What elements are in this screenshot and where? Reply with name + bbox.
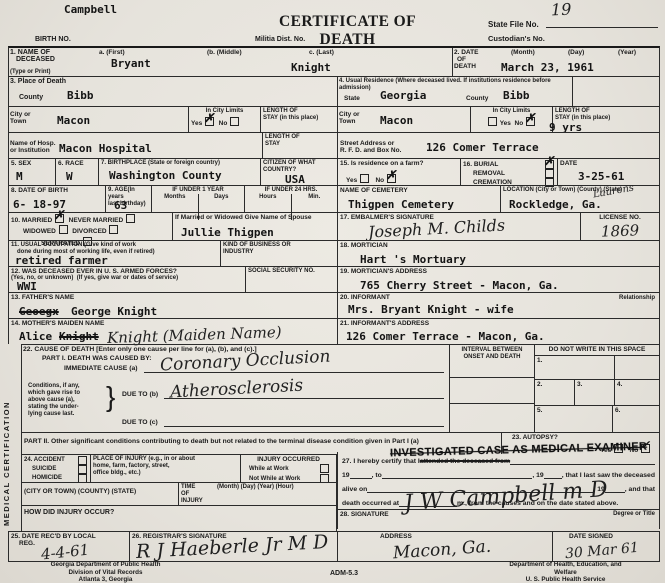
city2-cell: City or Town Macon bbox=[338, 107, 471, 132]
sex-cell: 5. SEX M bbox=[9, 159, 56, 185]
burial-date-value: 3-25-61 bbox=[578, 171, 624, 182]
conditions-label-3: above cause (a), bbox=[28, 397, 75, 404]
birthplace-value: Washington County bbox=[109, 170, 222, 181]
row-how-injury: HOW DID INJURY OCCUR? bbox=[21, 505, 337, 531]
first-name-label: a. (First) bbox=[99, 49, 125, 56]
relationship-label: Relationship bbox=[619, 295, 655, 302]
suicide-checkbox bbox=[78, 465, 87, 474]
ssn-cell: SOCIAL SECURITY NO. bbox=[246, 267, 338, 292]
how-injury-cell: HOW DID INJURY OCCUR? bbox=[22, 506, 336, 531]
dnw-box-6: 6. bbox=[613, 406, 659, 432]
city-label-2: Town bbox=[10, 118, 27, 125]
footer-georgia-agency: Georgia Department of Public Health Divi… bbox=[28, 561, 183, 583]
conditions-label-5: lying cause last. bbox=[28, 411, 74, 418]
marital-status-cell: 10. MARRIED ✗ NEVER MARRIED WIDOWED DIVO… bbox=[9, 213, 173, 240]
accident-cell: 24. ACCIDENT SUICIDE HOMICIDE bbox=[22, 455, 91, 482]
cemetery-location-cell: LOCATION (City or Town) (County) (State)… bbox=[501, 186, 659, 212]
type-or-print-label: (Type or Print) bbox=[10, 69, 51, 76]
informant-label: 20. INFORMANT bbox=[340, 294, 657, 301]
homicide-label: HOMICIDE bbox=[32, 475, 62, 482]
place-of-injury-label-3: office bldg., etc.) bbox=[93, 470, 238, 477]
informant-address-label: 21. INFORMANT'S ADDRESS bbox=[340, 320, 657, 327]
icl2-yes-checkbox bbox=[488, 117, 497, 126]
ssn-label: SOCIAL SECURITY NO. bbox=[248, 268, 335, 275]
hospital-cell: Name of Hosp. or Institution Macon Hospi… bbox=[9, 133, 263, 158]
middle-name-label: (b. (Middle) bbox=[207, 49, 242, 56]
footer-federal-line-1: Department of Health, Education, and bbox=[468, 561, 663, 569]
icl-no-checkbox bbox=[230, 117, 239, 126]
in-city-limits2-cell: In City Limits Yes No ✗ bbox=[471, 107, 553, 132]
time-label-3: INJURY bbox=[181, 498, 203, 505]
informant-address-value: 126 Comer Terrace - Macon, Ga. bbox=[346, 331, 545, 342]
mortician-address-value: 765 Cherry Street - Macon, Ga. bbox=[360, 280, 559, 291]
interval-divider-2 bbox=[450, 403, 534, 404]
license-cell: LICENSE NO. 1869 bbox=[581, 213, 659, 240]
farm-options: Yes No ✗ bbox=[346, 174, 397, 184]
burial-date-cell: DATE 3-25-61 bbox=[558, 159, 659, 185]
injury-occurred-cell: INJURY OCCURRED While at Work Not While … bbox=[241, 455, 336, 482]
certify-blank-1 bbox=[510, 456, 655, 465]
footer-federal-line-3: U. S. Public Health Service bbox=[468, 576, 663, 583]
usual-residence-cell: 4. Usual Residence (Where deceased lived… bbox=[338, 77, 573, 106]
dnw-box-2: 2. bbox=[535, 380, 575, 405]
armed-forces-label: 12. WAS DECEASED EVER IN U. S. ARMED FOR… bbox=[11, 268, 243, 275]
city2-value: Macon bbox=[380, 115, 413, 126]
mother-name-cell: 14. MOTHER'S MAIDEN NAME Alice Knight Kn… bbox=[9, 319, 338, 344]
dnw-box-1: 1. bbox=[535, 356, 615, 379]
time-columns-label: (Month) (Day) (Year) (Hour) bbox=[217, 484, 294, 491]
informant-address-cell: 21. INFORMANT'S ADDRESS 126 Comer Terrac… bbox=[338, 319, 659, 344]
cause-c-line bbox=[164, 418, 444, 427]
signature-label: 28. SIGNATURE bbox=[340, 511, 389, 518]
dob-label: 8. DATE OF BIRTH bbox=[11, 187, 103, 194]
street-address-cell: Street Address or R. F. D. and Box No. 1… bbox=[338, 133, 659, 158]
age-value: 63 bbox=[114, 200, 127, 211]
dnw-row-1: 1. bbox=[535, 355, 659, 379]
certificate-form: 1. NAME OF DECEASED (Type or Print) a. (… bbox=[8, 46, 660, 562]
custodian-no-label: Custodian's No. bbox=[488, 35, 545, 44]
name-label-2: DECEASED bbox=[16, 56, 55, 64]
certify-text: 27. I hereby certify that I bbox=[342, 458, 420, 465]
usual-residence-label: 4. Usual Residence (Where deceased lived… bbox=[339, 78, 569, 92]
name-of-deceased-cell: 1. NAME OF DECEASED (Type or Print) a. (… bbox=[9, 48, 453, 76]
cause-of-death-cell: 22. CAUSE OF DEATH [Enter only one cause… bbox=[22, 345, 450, 432]
date-of-death-value: March 23, 1961 bbox=[501, 62, 594, 73]
city-value: Macon bbox=[57, 115, 90, 126]
row-cause-of-death: 22. CAUSE OF DEATH [Enter only one cause… bbox=[21, 344, 660, 432]
county2-label: County bbox=[466, 95, 488, 102]
date-signed-label: DATE SIGNED bbox=[555, 533, 657, 540]
do-not-write-label: DO NOT WRITE IN THIS SPACE bbox=[535, 345, 659, 353]
conditions-label-1: Conditions, if any, bbox=[28, 383, 80, 390]
form-number: ADM-5.3 bbox=[330, 570, 358, 577]
county-label: County bbox=[19, 94, 43, 102]
row-hospital: Name of Hosp. or Institution Macon Hospi… bbox=[8, 132, 660, 158]
length-of-stay2-cell: LENGTH OF STAY (in this place) 9 yrs bbox=[553, 107, 659, 132]
row-place-residence: 3. Place of Death County Bibb 4. Usual R… bbox=[8, 76, 660, 106]
business-label-1: KIND OF BUSINESS OR bbox=[223, 242, 335, 249]
farm-yes-checkbox bbox=[360, 174, 369, 183]
citizen-label-1: CITIZEN OF WHAT bbox=[263, 160, 335, 167]
armed-forces-value: WWI bbox=[17, 281, 37, 292]
icl2-options: Yes No ✗ bbox=[473, 117, 550, 127]
icl2-no-label: No bbox=[515, 120, 524, 127]
birth-no-label: BIRTH NO. bbox=[35, 36, 71, 44]
state-file-blank bbox=[546, 19, 658, 28]
armed-forces-sub2: (If yes, give war or dates of service) bbox=[77, 275, 178, 281]
icl-options: Yes ✗ No bbox=[191, 117, 258, 127]
injury-city-state-cell: (CITY OR TOWN) (COUNTY) (STATE) bbox=[22, 483, 179, 505]
date-received-label-1: 25. DATE REC'D BY LOCAL bbox=[11, 533, 127, 540]
injury-city-state-label: (CITY OR TOWN) (COUNTY) (STATE) bbox=[24, 488, 176, 495]
interval-label-1: INTERVAL BETWEEN bbox=[450, 345, 534, 354]
sex-value: M bbox=[16, 171, 23, 182]
farm-label: 15. Is residence on a farm? bbox=[340, 160, 458, 167]
under-24-label: IF UNDER 24 HRS. bbox=[245, 186, 337, 194]
interval-cell: INTERVAL BETWEEN ONSET AND DEATH bbox=[450, 345, 535, 432]
certify-19a: 19 bbox=[342, 472, 350, 479]
armed-forces-cell: 12. WAS DECEASED EVER IN U. S. ARMED FOR… bbox=[9, 267, 246, 292]
father-name-cell: 13. FATHER'S NAME Geoegx George Knight bbox=[9, 293, 338, 318]
burial-cell: 16. BURIAL ✗ REMOVAL CREMATION bbox=[461, 159, 558, 185]
date-signed-cell: DATE SIGNED 30 Mar 61 bbox=[553, 532, 659, 561]
hosp-los-label-1: LENGTH OF bbox=[265, 134, 335, 141]
mortician-label: 18. MORTICIAN bbox=[340, 242, 657, 249]
icl2-no-checkbox: ✗ bbox=[526, 117, 535, 126]
street-address-value: 126 Comer Terrace bbox=[426, 142, 539, 153]
hosp-los-label-2: STAY bbox=[265, 141, 335, 148]
hosp-length-of-stay-cell: LENGTH OF STAY bbox=[263, 133, 338, 158]
farm-cell: 15. Is residence on a farm? Yes No ✗ bbox=[338, 159, 461, 185]
burial-checkbox: ✗ bbox=[545, 160, 554, 169]
armed-forces-sublabels: (Yes, no, or unknown) (If yes, give war … bbox=[11, 275, 243, 282]
certify-struck-text: attended the deceased from bbox=[420, 458, 510, 465]
icl-yes-checkbox: ✗ bbox=[205, 117, 214, 126]
father-label: 13. FATHER'S NAME bbox=[11, 294, 335, 301]
part1-label: PART I. DEATH WAS CAUSED BY: bbox=[42, 355, 152, 363]
burial-line: 16. BURIAL ✗ bbox=[463, 160, 555, 169]
x-mark-icon: ✗ bbox=[544, 155, 554, 167]
while-at-work-line: While at Work bbox=[243, 463, 334, 473]
row-father-informant: 13. FATHER'S NAME Geoegx George Knight 2… bbox=[8, 292, 660, 318]
dnw-box-3: 3. bbox=[575, 380, 615, 405]
conditions-label-2: which gave rise to bbox=[28, 390, 80, 397]
row-marital-embalmer: 10. MARRIED ✗ NEVER MARRIED WIDOWED DIVO… bbox=[8, 212, 660, 240]
married-label: 10. MARRIED bbox=[11, 217, 52, 224]
state-file-label: State File No. bbox=[488, 20, 539, 29]
informant-value: Mrs. Bryant Knight - wife bbox=[348, 304, 514, 315]
spouse-value: Jullie Thigpen bbox=[181, 227, 274, 238]
removal-label: REMOVAL bbox=[473, 170, 505, 177]
occupation-label-1: 11. USUAL OCCUPATION (Give kind of work bbox=[11, 242, 218, 249]
embalmer-signature-cell: 17. EMBALMER'S SIGNATURE Joseph M. Child… bbox=[338, 213, 581, 240]
marital-line-1: 10. MARRIED ✗ NEVER MARRIED bbox=[11, 214, 170, 224]
under-1-year-cell: IF UNDER 1 YEAR Months Days bbox=[152, 186, 245, 212]
never-married-checkbox bbox=[126, 214, 135, 223]
death-certificate-scan: { "paper_color": "#e7e4de", "ink_color":… bbox=[0, 0, 665, 583]
date-of-death-label-3: DEATH bbox=[454, 63, 476, 70]
certify-to: , to bbox=[372, 472, 382, 479]
hospital-value: Macon Hospital bbox=[59, 143, 152, 154]
spouse-label: If Married or Widowed Give Name of Spous… bbox=[175, 214, 335, 221]
footer-federal-line-2: Welfare bbox=[468, 569, 663, 577]
last-name-label: c. (Last) bbox=[309, 49, 334, 56]
footer-georgia-line-3: Atlanta 3, Georgia bbox=[28, 576, 183, 583]
mother-first-value: Alice bbox=[19, 331, 52, 342]
city2-label-2: Town bbox=[339, 118, 356, 125]
do-not-write-grid: 1. 2. 3. 4. 5. 6. bbox=[535, 355, 659, 432]
time-label-2: OF bbox=[181, 491, 189, 498]
suicide-line: SUICIDE bbox=[24, 465, 88, 474]
cemetery-value: Thigpen Cemetery bbox=[348, 199, 454, 210]
place-of-death-label: 3. Place of Death bbox=[10, 78, 66, 86]
while-at-work-label: While at Work bbox=[249, 466, 289, 473]
certify-block: INVESTIGATED CASE AS MEDICAL EXAMINER 27… bbox=[337, 452, 660, 529]
date-received-value: 4-4-61 bbox=[40, 543, 90, 563]
date-signed-value: 30 Mar 61 bbox=[565, 541, 640, 561]
father-name-value: George Knight bbox=[71, 306, 157, 317]
married-checkbox: ✗ bbox=[55, 214, 64, 223]
birthplace-cell: 7. BIRTHPLACE (State or foreign country)… bbox=[99, 159, 261, 185]
row-sex-race-birthplace: 5. SEX M 6. RACE W 7. BIRTHPLACE (State … bbox=[8, 158, 660, 185]
street-label-2: R. F. D. and Box No. bbox=[340, 147, 401, 154]
age-cell: 9. AGE(In years last birthday) 63 bbox=[106, 186, 152, 212]
dnw-row-2: 2. 3. 4. bbox=[535, 379, 659, 405]
city-cell: City or Town Macon bbox=[9, 107, 189, 132]
divorced-checkbox bbox=[109, 225, 118, 234]
place-of-injury-label-1: PLACE OF INJURY (e.g., in or about bbox=[93, 456, 238, 463]
time-label-1: TIME bbox=[181, 484, 195, 491]
accident-line: 24. ACCIDENT bbox=[24, 456, 88, 465]
certify-blank-4 bbox=[544, 470, 562, 479]
how-injury-label: HOW DID INJURY OCCUR? bbox=[24, 509, 334, 517]
race-label: 6. RACE bbox=[58, 160, 96, 167]
citizen-cell: CITIZEN OF WHAT COUNTRY? USA bbox=[261, 159, 338, 185]
accident-checkbox bbox=[78, 456, 87, 465]
x-mark-icon: ✗ bbox=[204, 112, 214, 124]
suicide-label: SUICIDE bbox=[32, 466, 56, 473]
removal-checkbox bbox=[545, 169, 554, 178]
row-registrar: 25. DATE REC'D BY LOCAL REG. 4-4-61 26. … bbox=[8, 531, 660, 562]
mortician-value: Hart 's Mortuary bbox=[360, 254, 466, 265]
certify-blank-2 bbox=[350, 470, 372, 479]
burial-date-label: DATE bbox=[560, 160, 657, 167]
while-at-work-checkbox bbox=[320, 464, 329, 473]
dnw-box-1b bbox=[615, 356, 659, 379]
row-city: City or Town Macon In City Limits Yes ✗ … bbox=[8, 106, 660, 132]
embalmer-signature: Joseph M. Childs bbox=[368, 217, 506, 240]
license-label: LICENSE NO. bbox=[583, 214, 657, 221]
certify-alive-text: alive on bbox=[342, 486, 367, 493]
business-cell: KIND OF BUSINESS OR INDUSTRY bbox=[221, 241, 338, 266]
mortician-cell: 18. MORTICIAN Hart 's Mortuary bbox=[338, 241, 659, 266]
autopsy-label: 23. AUTOPSY? bbox=[512, 434, 558, 441]
place-of-injury-label-2: home, farm, factory, street, bbox=[93, 463, 238, 470]
immediate-cause-label: IMMEDIATE CAUSE (a) bbox=[64, 365, 138, 373]
birthplace-label: 7. BIRTHPLACE (State or foreign country) bbox=[101, 160, 258, 167]
due-to-c-label: DUE TO (c) bbox=[122, 419, 158, 427]
farm-yes-label: Yes bbox=[346, 177, 357, 184]
los2-label-1: LENGTH OF bbox=[555, 108, 657, 115]
business-label-2: INDUSTRY bbox=[223, 249, 335, 256]
date-received-cell: 25. DATE REC'D BY LOCAL REG. 4-4-61 bbox=[9, 532, 130, 561]
los-label-1: LENGTH OF bbox=[263, 108, 335, 115]
race-value: W bbox=[66, 171, 73, 182]
sex-label: 5. SEX bbox=[11, 160, 53, 167]
due-to-b-label: DUE TO (b) bbox=[122, 391, 158, 399]
row-name-of-deceased: 1. NAME OF DECEASED (Type or Print) a. (… bbox=[8, 46, 660, 76]
race-cell: 6. RACE W bbox=[56, 159, 99, 185]
county2-value: Bibb bbox=[503, 90, 530, 101]
certify-blank-3 bbox=[382, 470, 533, 479]
farm-no-checkbox: ✗ bbox=[387, 174, 396, 183]
mother-struck-text: Knight bbox=[59, 331, 99, 342]
farm-no-label: No bbox=[375, 177, 384, 184]
row-armed-forces-mortician-address: 12. WAS DECEASED EVER IN U. S. ARMED FOR… bbox=[8, 266, 660, 292]
first-name-value: Bryant bbox=[111, 58, 151, 69]
militia-dist-label: Militia Dist. No. bbox=[255, 36, 305, 44]
cemetery-label: NAME OF CEMETERY bbox=[340, 187, 498, 194]
state-file-number: 19 bbox=[551, 2, 572, 19]
icl2-label: In City Limits bbox=[473, 108, 550, 115]
day-label: (Day) bbox=[568, 49, 584, 56]
brace-glyph: } bbox=[106, 383, 115, 411]
degree-or-title-label: Degree or Title bbox=[613, 511, 655, 518]
row-accident: 24. ACCIDENT SUICIDE HOMICIDE PLACE OF I… bbox=[21, 454, 337, 482]
row-occupation-mortician: 11. USUAL OCCUPATION (Give kind of work … bbox=[8, 240, 660, 266]
time-of-injury-cell: TIME OF INJURY (Month) (Day) (Year) (Hou… bbox=[179, 483, 336, 505]
under-1-year-label: IF UNDER 1 YEAR bbox=[152, 186, 244, 194]
certify-and-that: , and that bbox=[625, 486, 655, 493]
marital-line-2: WIDOWED DIVORCED bbox=[11, 225, 170, 235]
place-of-death-cell: 3. Place of Death County Bibb bbox=[9, 77, 338, 106]
length-of-stay-cell: LENGTH OF STAY (in this place) bbox=[261, 107, 338, 132]
dnw-row-3: 5. 6. bbox=[535, 405, 659, 432]
last-name-value: Knight bbox=[291, 62, 331, 73]
conditions-label-4: stating the under- bbox=[28, 404, 79, 411]
certify-19b: , 19 bbox=[532, 472, 543, 479]
mortician-address-label: 19. MORTICIAN'S ADDRESS bbox=[340, 268, 657, 275]
dnw-box-5: 5. bbox=[535, 406, 613, 432]
state-value: Georgia bbox=[380, 90, 426, 101]
row-mother-informant-address: 14. MOTHER'S MAIDEN NAME Alice Knight Kn… bbox=[8, 318, 660, 344]
address-cell: ADDRESS Macon, Ga. bbox=[338, 532, 553, 561]
dnw-box-4: 4. bbox=[615, 380, 659, 405]
icl-label: In City Limits bbox=[191, 108, 258, 115]
campbell-annotation: Campbell bbox=[64, 4, 117, 15]
footer-federal-agency: Department of Health, Education, and Wel… bbox=[468, 561, 663, 583]
under-24-hrs-cell: IF UNDER 24 HRS. Hours Min. bbox=[245, 186, 338, 212]
county-value: Bibb bbox=[67, 90, 94, 101]
certify-death-at: death occurred at bbox=[342, 500, 399, 507]
cemetery-cell: NAME OF CEMETERY Thigpen Cemetery bbox=[338, 186, 501, 212]
location-value: Rockledge, Ga. bbox=[509, 199, 602, 210]
occupation-value: retired farmer bbox=[15, 255, 108, 266]
registrar-signature-cell: 26. REGISTRAR'S SIGNATURE R J Haeberle J… bbox=[130, 532, 338, 561]
certify-line-2: 19 , to , 19 , that I last saw the decea… bbox=[338, 465, 659, 479]
x-mark-icon: ✗ bbox=[525, 112, 535, 124]
widowed-label: WIDOWED bbox=[23, 228, 56, 235]
part2-label: PART II. Other significant conditions co… bbox=[24, 438, 499, 446]
icl-yes-label: Yes bbox=[191, 120, 202, 127]
place-of-injury-cell: PLACE OF INJURY (e.g., in or about home,… bbox=[91, 455, 241, 482]
row-injury-location-time: (CITY OR TOWN) (COUNTY) (STATE) TIME OF … bbox=[21, 482, 337, 505]
hosp-label-2: or Institution bbox=[10, 147, 50, 154]
month-label: (Month) bbox=[511, 49, 535, 56]
spouse-cell: If Married or Widowed Give Name of Spous… bbox=[173, 213, 338, 240]
date-of-death-cell: 2. DATE OF DEATH (Month) (Day) (Year) Ma… bbox=[453, 48, 659, 76]
accident-label: 24. ACCIDENT bbox=[24, 457, 65, 464]
mother-maiden-handwritten: Knight (Maiden Name) bbox=[107, 325, 282, 346]
x-mark-icon: ✗ bbox=[386, 169, 396, 181]
certify-saw-text: , that I last saw the deceased bbox=[562, 472, 655, 479]
x-mark-icon: ✗ bbox=[54, 209, 64, 221]
mortician-address-cell: 19. MORTICIAN'S ADDRESS 765 Cherry Stree… bbox=[338, 267, 659, 292]
interval-divider-1 bbox=[450, 377, 534, 378]
informant-cell: 20. INFORMANT Relationship Mrs. Bryant K… bbox=[338, 293, 659, 318]
year-label: (Year) bbox=[618, 49, 636, 56]
footer-georgia-line-2: Division of Vital Records bbox=[28, 569, 183, 577]
father-struck-text: Geoegx bbox=[19, 306, 59, 317]
icl2-yes-label: Yes bbox=[500, 120, 511, 127]
do-not-write-cell: DO NOT WRITE IN THIS SPACE 1. 2. 3. 4. 5… bbox=[535, 345, 659, 432]
widowed-checkbox bbox=[59, 225, 68, 234]
divorced-label: DIVORCED bbox=[72, 228, 106, 235]
row-birth-cemetery: 8. DATE OF BIRTH 6- 18-97 9. AGE(In year… bbox=[8, 185, 660, 212]
license-value: 1869 bbox=[601, 223, 640, 239]
never-married-label: NEVER MARRIED bbox=[69, 217, 124, 224]
signature-strip: 28. SIGNATURE Degree or Title bbox=[338, 509, 659, 529]
burial-label: 16. BURIAL bbox=[463, 161, 498, 168]
injury-occurred-label: INJURY OCCURRED bbox=[243, 456, 334, 463]
occupation-cell: 11. USUAL OCCUPATION (Give kind of work … bbox=[9, 241, 221, 266]
interval-label-2: ONSET AND DEATH bbox=[450, 354, 534, 361]
los-label-2: STAY (in this place) bbox=[263, 115, 335, 122]
footer-georgia-line-1: Georgia Department of Public Health bbox=[28, 561, 183, 569]
removal-line: REMOVAL bbox=[463, 169, 555, 178]
icl-no-label: No bbox=[219, 120, 228, 127]
state-label: State bbox=[344, 95, 360, 102]
residence-spare-cell bbox=[573, 77, 659, 106]
address-handwritten: Macon, Ga. bbox=[393, 539, 492, 563]
citizen-value: USA bbox=[285, 174, 305, 185]
in-city-limits-cell: In City Limits Yes ✗ No bbox=[189, 107, 261, 132]
